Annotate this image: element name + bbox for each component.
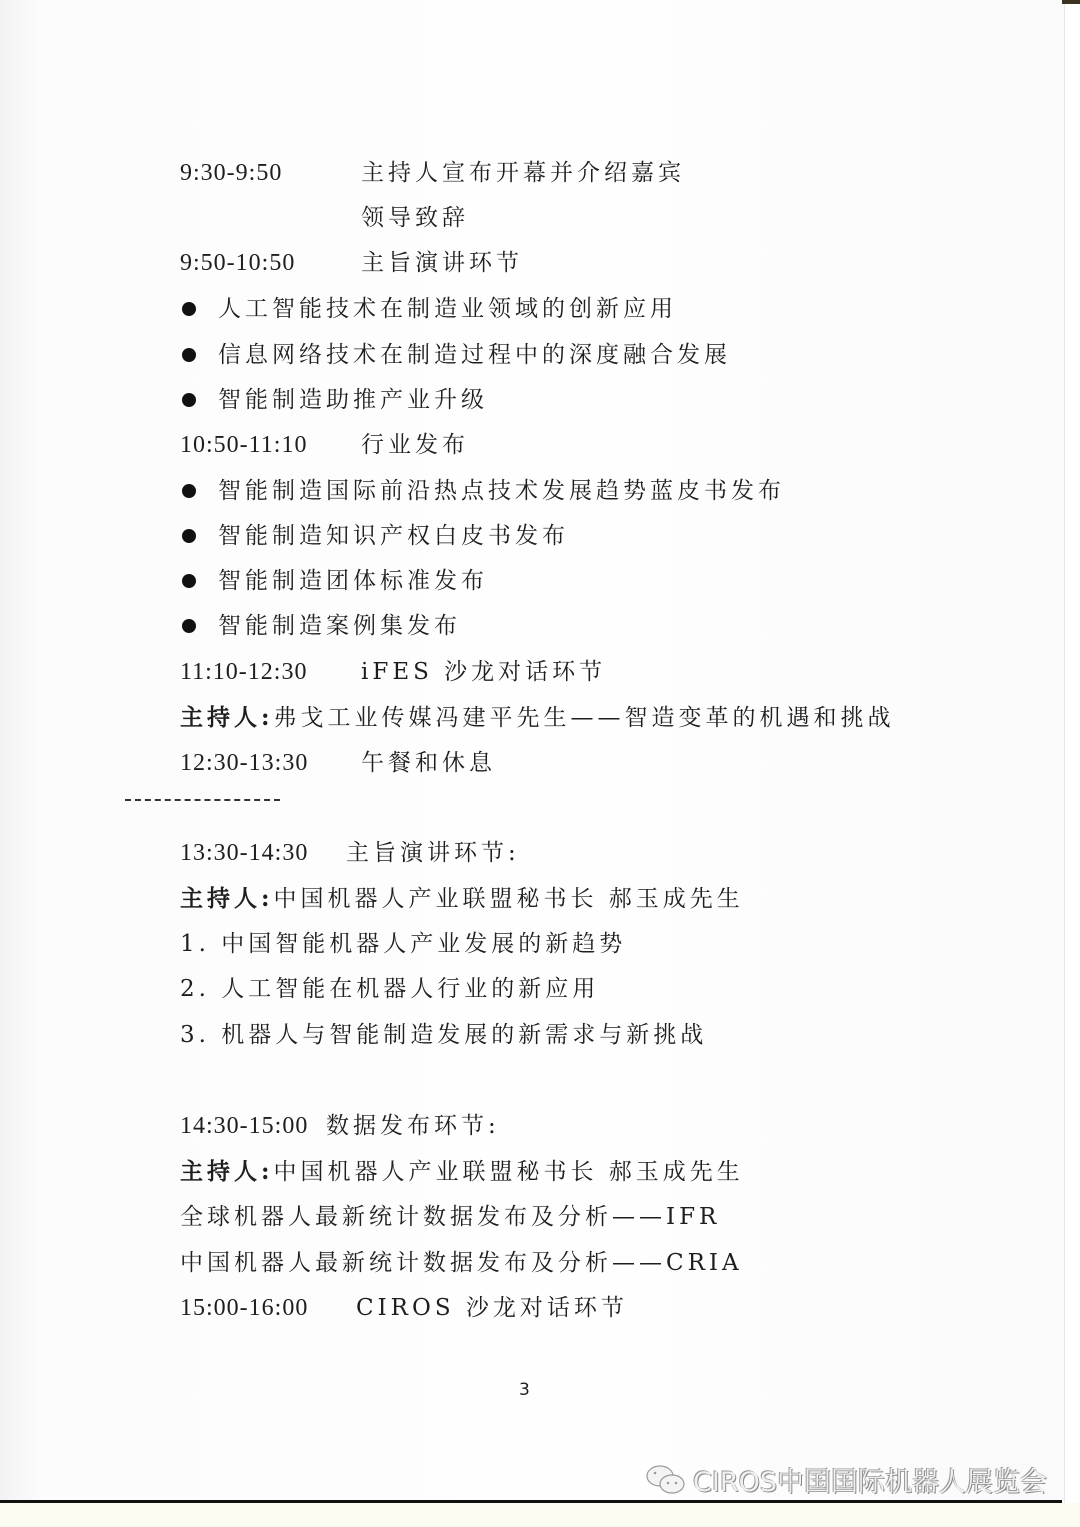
agenda-row: 11:10-12:30iFES 沙龙对话环节 xyxy=(180,657,606,687)
numbered-item: 3. 机器人与智能制造发展的新需求与新挑战 xyxy=(180,1020,707,1050)
wechat-icon xyxy=(645,1463,687,1497)
section-divider xyxy=(125,799,280,801)
agenda-time: 12:30-13:30 xyxy=(180,748,361,778)
agenda-title: iFES 沙龙对话环节 xyxy=(361,659,606,685)
bullet-item: 智能制造案例集发布 xyxy=(218,611,461,641)
host-label: 主持人: xyxy=(180,1158,274,1185)
agenda-row: 9:50-10:50主旨演讲环节 xyxy=(180,248,523,278)
agenda-title: 行业发布 xyxy=(361,432,469,458)
agenda-title: 主持人宣布开幕并介绍嘉宾 xyxy=(361,160,685,186)
agenda-time: 15:00-16:00 xyxy=(180,1293,356,1323)
agenda-title: 主旨演讲环节 xyxy=(361,250,523,276)
agenda-title: 主旨演讲环节: xyxy=(346,840,520,866)
agenda-row: 10:50-11:10行业发布 xyxy=(180,430,469,460)
bullet-icon xyxy=(182,574,196,588)
agenda-title: 数据发布环节: xyxy=(326,1113,500,1139)
agenda-title: 午餐和休息 xyxy=(361,750,496,776)
agenda-row: 15:00-16:00CIROS 沙龙对话环节 xyxy=(180,1293,628,1323)
bullet-item: 智能制造知识产权白皮书发布 xyxy=(218,521,569,551)
host-text: 中国机器人产业联盟秘书长 郝玉成先生 xyxy=(274,1159,744,1185)
scan-background xyxy=(0,1503,1080,1527)
bullet-icon xyxy=(182,529,196,543)
watermark: CIROS中国国际机器人展览会 xyxy=(645,1460,1047,1499)
agenda-time: 9:30-9:50 xyxy=(180,158,361,188)
agenda-time: 14:30-15:00 xyxy=(180,1111,326,1141)
agenda-row: 9:30-9:50主持人宣布开幕并介绍嘉宾 xyxy=(180,158,685,188)
host-row: 主持人:中国机器人产业联盟秘书长 郝玉成先生 xyxy=(180,884,744,914)
page-edge xyxy=(1064,0,1080,1527)
agenda-row: 12:30-13:30午餐和休息 xyxy=(180,748,496,778)
bullet-icon xyxy=(182,484,196,498)
agenda-row: 13:30-14:30主旨演讲环节: xyxy=(180,838,520,868)
host-text: 弗戈工业传媒冯建平先生——智造变革的机遇和挑战 xyxy=(274,705,895,731)
bullet-item: 人工智能技术在制造业领域的创新应用 xyxy=(218,294,677,324)
bullet-item: 智能制造团体标准发布 xyxy=(218,566,488,596)
bullet-icon xyxy=(182,619,196,633)
watermark-text: CIROS中国国际机器人展览会 xyxy=(693,1460,1047,1499)
bullet-icon xyxy=(182,393,196,407)
agenda-row: 领导致辞 xyxy=(361,203,469,233)
bullet-item: 智能制造国际前沿热点技术发展趋势蓝皮书发布 xyxy=(218,476,785,506)
agenda-time: 10:50-11:10 xyxy=(180,430,361,460)
bullet-item: 信息网络技术在制造过程中的深度融合发展 xyxy=(218,340,731,370)
bullet-item: 智能制造助推产业升级 xyxy=(218,385,488,415)
agenda-title: 领导致辞 xyxy=(361,205,469,231)
numbered-item: 2. 人工智能在机器人行业的新应用 xyxy=(180,974,599,1004)
host-row: 主持人:弗戈工业传媒冯建平先生——智造变革的机遇和挑战 xyxy=(180,703,895,733)
data-item: 全球机器人最新统计数据发布及分析——IFR xyxy=(180,1202,720,1232)
agenda-title: CIROS 沙龙对话环节 xyxy=(356,1295,628,1321)
agenda-time: 13:30-14:30 xyxy=(180,838,346,868)
agenda-row: 14:30-15:00数据发布环节: xyxy=(180,1111,500,1141)
agenda-time: 11:10-12:30 xyxy=(180,657,361,687)
bullet-icon xyxy=(182,302,196,316)
host-label: 主持人: xyxy=(180,885,274,912)
host-text: 中国机器人产业联盟秘书长 郝玉成先生 xyxy=(274,886,744,912)
numbered-item: 1. 中国智能机器人产业发展的新趋势 xyxy=(180,929,626,959)
page-number: 3 xyxy=(519,1380,530,1400)
host-label: 主持人: xyxy=(180,704,274,731)
bullet-icon xyxy=(182,348,196,362)
host-row: 主持人:中国机器人产业联盟秘书长 郝玉成先生 xyxy=(180,1157,744,1187)
data-item: 中国机器人最新统计数据发布及分析——CRIA xyxy=(180,1248,743,1278)
agenda-time: 9:50-10:50 xyxy=(180,248,361,278)
scan-corner-mark xyxy=(1062,0,1080,4)
